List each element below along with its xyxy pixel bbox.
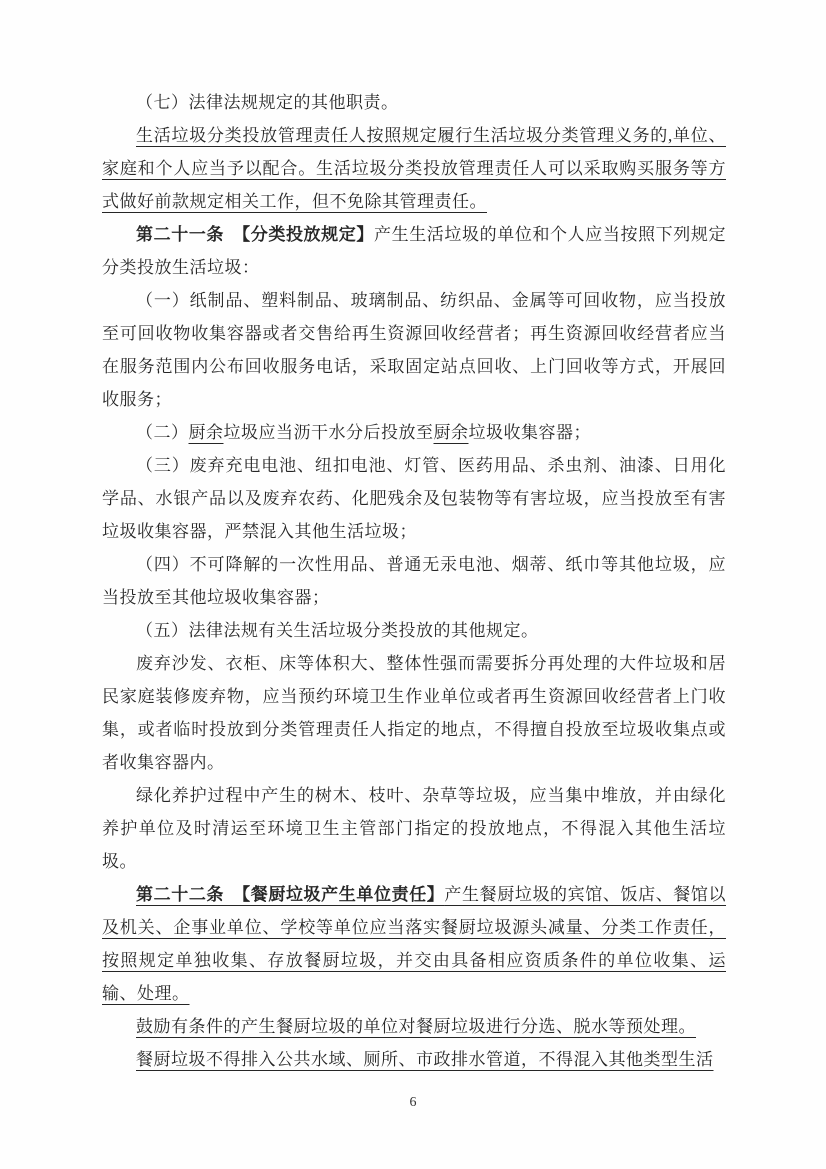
text-segment: 废弃沙发、衣柜、床等体积大、整体性强而需要拆分再处理的大件垃圾和居民家庭装修废弃… <box>102 654 726 772</box>
text-segment-underlined: 厨余 <box>434 423 469 442</box>
paragraph-article-22: 第二十二条 【餐厨垃圾产生单位责任】产生餐厨垃圾的宾馆、饭店、餐馆以及机关、企事… <box>102 878 726 1010</box>
text-segment: 绿化养护过程中产生的树木、枝叶、杂草等垃圾，应当集中堆放，并由绿化养护单位及时清… <box>102 786 726 871</box>
text-segment: （一）纸制品、塑料制品、玻璃制品、纺织品、金属等可回收物，应当投放至可回收物收集… <box>102 291 726 409</box>
text-segment: （三）废弃充电电池、纽扣电池、灯管、医药用品、杀虫剂、油漆、日用化学品、水银产品… <box>102 456 726 541</box>
paragraph-article-21-item-3: （三）废弃充电电池、纽扣电池、灯管、医药用品、杀虫剂、油漆、日用化学品、水银产品… <box>102 449 726 548</box>
text-segment: 垃圾收集容器； <box>469 423 592 442</box>
text-segment: （七）法律法规规定的其他职责。 <box>136 93 399 112</box>
paragraph-kitchen-waste-pretreatment: 鼓励有条件的产生餐厨垃圾的单位对餐厨垃圾进行分选、脱水等预处理。 <box>102 1010 726 1043</box>
text-segment: 垃圾应当沥干水分后投放至 <box>224 423 434 442</box>
paragraph-item-7: （七）法律法规规定的其他职责。 <box>102 86 726 119</box>
page-footer: 6 <box>0 1095 826 1111</box>
text-segment: （四）不可降解的一次性用品、普通无汞电池、烟蒂、纸巾等其他垃圾，应当投放至其他垃… <box>102 555 726 607</box>
paragraph-bulky-waste-paragraph: 废弃沙发、衣柜、床等体积大、整体性强而需要拆分再处理的大件垃圾和居民家庭装修废弃… <box>102 647 726 779</box>
document-body: （七）法律法规规定的其他职责。生活垃圾分类投放管理责任人按照规定履行生活垃圾分类… <box>102 86 726 1076</box>
paragraph-article-21-item-5: （五）法律法规有关生活垃圾分类投放的其他规定。 <box>102 614 726 647</box>
text-segment-underlined: 厨余 <box>189 423 224 442</box>
document-page: （七）法律法规规定的其他职责。生活垃圾分类投放管理责任人按照规定履行生活垃圾分类… <box>0 0 826 1169</box>
text-segment-underlined: 鼓励有条件的产生餐厨垃圾的单位对餐厨垃圾进行分选、脱水等预处理。 <box>136 1017 696 1036</box>
text-segment-bold: 第二十一条 【分类投放规定】 <box>136 225 374 244</box>
text-segment-bold-underlined: 第二十二条 【餐厨垃圾产生单位责任】 <box>136 885 444 904</box>
text-segment-underlined: 生活垃圾分类投放管理责任人按照规定履行生活垃圾分类管理义务的,单位、家庭和个人应… <box>102 126 726 211</box>
page-number: 6 <box>410 1095 417 1110</box>
paragraph-article-21-item-2: （二）厨余垃圾应当沥干水分后投放至厨余垃圾收集容器； <box>102 416 726 449</box>
paragraph-article-21-item-4: （四）不可降解的一次性用品、普通无汞电池、烟蒂、纸巾等其他垃圾，应当投放至其他垃… <box>102 548 726 614</box>
text-segment: （二） <box>136 423 189 442</box>
paragraph-greening-waste-paragraph: 绿化养护过程中产生的树木、枝叶、杂草等垃圾，应当集中堆放，并由绿化养护单位及时清… <box>102 779 726 878</box>
paragraph-management-responsible-person-cooperation: 生活垃圾分类投放管理责任人按照规定履行生活垃圾分类管理义务的,单位、家庭和个人应… <box>102 119 726 218</box>
text-segment: （五）法律法规有关生活垃圾分类投放的其他规定。 <box>136 621 539 640</box>
paragraph-article-21: 第二十一条 【分类投放规定】产生生活垃圾的单位和个人应当按照下列规定分类投放生活… <box>102 218 726 284</box>
paragraph-article-21-item-1: （一）纸制品、塑料制品、玻璃制品、纺织品、金属等可回收物，应当投放至可回收物收集… <box>102 284 726 416</box>
paragraph-kitchen-waste-prohibition: 餐厨垃圾不得排入公共水域、厕所、市政排水管道，不得混入其他类型生活 <box>102 1043 726 1076</box>
text-segment-underlined: 餐厨垃圾不得排入公共水域、厕所、市政排水管道，不得混入其他类型生活 <box>136 1050 714 1069</box>
